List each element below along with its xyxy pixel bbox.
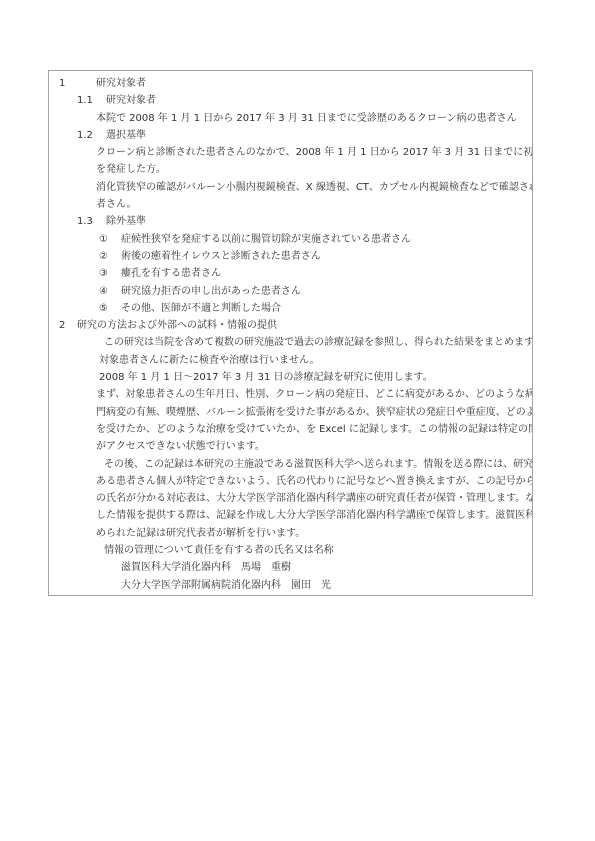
document-line-numbered: ③瘻孔を有する患者さん	[49, 265, 532, 282]
document-line-numbered: ②術後の癒着性イレウスと診断された患者さん	[49, 248, 532, 265]
document-line-numbered: 2研究の方法および外部への試料・情報の提供	[49, 317, 532, 334]
document-line-numbered: ⑤その他、医師が不適と判断した場合	[49, 300, 532, 317]
line-text: 大分大学医学部附属病院消化器内科 園田 光	[121, 577, 331, 594]
page: 1研究対象者1.1研究対象者本院で 2008 年 1 月 1 日から 2017 …	[0, 0, 595, 841]
document-line: を発症した方。	[49, 161, 532, 178]
line-text: 者さん。	[96, 196, 137, 213]
line-number: 2	[59, 317, 65, 334]
line-text: した情報を提供する際は、記録を作成し大分大学医学部消化器内科学講座で保管します。…	[96, 507, 533, 524]
document-line: クローン病と診断された患者さんのなかで、2008 年 1 月 1 日から 201…	[49, 144, 532, 161]
document-line: 者さん。	[49, 196, 532, 213]
line-number: ①	[99, 231, 108, 248]
line-text: 門病変の有無、喫煙歴、バルーン拡張術を受けた事があるか、狭窄症状の発症日や重症度…	[96, 404, 533, 421]
document-line-numbered: 1.3除外基準	[49, 213, 532, 230]
line-number: ④	[99, 283, 108, 300]
line-text: 滋賀医科大学消化器内科 馬場 重樹	[121, 559, 291, 576]
document-line: この研究は当院を含めて複数の研究施設で過去の診療記録を参照し、得られた結果をまと…	[49, 334, 532, 351]
document-line-numbered: ①症候性狭窄を発症する以前に腸管切除が実施されている患者さん	[49, 231, 532, 248]
document-line: を受けたか、どのような治療を受けていたか、を Excel に記録します。この情報…	[49, 421, 532, 438]
document-border-box: 1研究対象者1.1研究対象者本院で 2008 年 1 月 1 日から 2017 …	[48, 70, 533, 596]
line-text: 研究の方法および外部への試料・情報の提供	[77, 317, 277, 334]
document-line-numbered: 1研究対象者	[49, 75, 532, 92]
line-number: 1.1	[77, 92, 93, 109]
document-line: められた記録は研究代表者が解析を行います。	[49, 525, 532, 542]
line-text: まず、対象患者さんの生年月日、性別、クローン病の発症日、どこに病変があるか、どの…	[96, 386, 533, 403]
line-text: その他、医師が不適と判断した場合	[121, 300, 281, 317]
document-line-numbered: 1.1研究対象者	[49, 92, 532, 109]
line-text: がアクセスできない状態で行います。	[96, 438, 265, 455]
line-text: 情報の管理について責任を有する者の氏名又は名称	[104, 542, 334, 559]
line-number: ②	[99, 248, 108, 265]
line-number: 1	[59, 75, 65, 92]
document-line: その後、この記録は本研究の主施設である滋賀医科大学へ送られます。情報を送る際には…	[49, 456, 532, 473]
document-line: の氏名が分かる対応表は、大分大学医学部消化器内科学講座の研究責任者が保管・管理し…	[49, 490, 532, 507]
document-line: 滋賀医科大学消化器内科 馬場 重樹	[49, 559, 532, 576]
line-text: 研究対象者	[106, 92, 156, 109]
document-line: 本院で 2008 年 1 月 1 日から 2017 年 3 月 31 日までに受…	[49, 110, 532, 127]
line-number: ③	[99, 265, 108, 282]
line-text: その後、この記録は本研究の主施設である滋賀医科大学へ送られます。情報を送る際には…	[104, 456, 533, 473]
line-text: 研究協力拒否の申し出があった患者さん	[121, 283, 301, 300]
line-text: 対象患者さんに新たに検査や治療は行いません。	[99, 352, 320, 369]
line-text: 2008 年 1 月 1 日～2017 年 3 月 31 日の診療記録を研究に使…	[99, 369, 433, 386]
line-text: 選択基準	[106, 127, 146, 144]
document-line: がアクセスできない状態で行います。	[49, 438, 532, 455]
document-line: 2008 年 1 月 1 日～2017 年 3 月 31 日の診療記録を研究に使…	[49, 369, 532, 386]
line-text: 消化管狭窄の確認がバルーン小腸内視鏡検査、X 線透視、CT、カプセル内視鏡検査な…	[96, 179, 533, 196]
line-text: 本院で 2008 年 1 月 1 日から 2017 年 3 月 31 日までに受…	[96, 110, 517, 127]
line-text: を発症した方。	[96, 161, 166, 178]
line-text: クローン病と診断された患者さんのなかで、2008 年 1 月 1 日から 201…	[96, 144, 533, 161]
line-text: ある患者さん個人が特定できないよう、氏名の代わりに記号などへ置き換えますが、この…	[96, 473, 533, 490]
line-text: を受けたか、どのような治療を受けていたか、を Excel に記録します。この情報…	[96, 421, 533, 438]
document-line: 大分大学医学部附属病院消化器内科 園田 光	[49, 577, 532, 594]
line-text: 研究対象者	[96, 75, 146, 92]
line-text: 瘻孔を有する患者さん	[121, 265, 221, 282]
document-line: 情報の管理について責任を有する者の氏名又は名称	[49, 542, 532, 559]
document-line: ある患者さん個人が特定できないよう、氏名の代わりに記号などへ置き換えますが、この…	[49, 473, 532, 490]
line-number: ⑤	[99, 300, 108, 317]
line-number: 1.3	[77, 213, 93, 230]
document-line-numbered: 1.2選択基準	[49, 127, 532, 144]
document-line: まず、対象患者さんの生年月日、性別、クローン病の発症日、どこに病変があるか、どの…	[49, 386, 532, 403]
document-line: した情報を提供する際は、記録を作成し大分大学医学部消化器内科学講座で保管します。…	[49, 507, 532, 524]
line-text: 除外基準	[106, 213, 146, 230]
line-text: の氏名が分かる対応表は、大分大学医学部消化器内科学講座の研究責任者が保管・管理し…	[96, 490, 533, 507]
document-line-numbered: ④研究協力拒否の申し出があった患者さん	[49, 283, 532, 300]
line-text: められた記録は研究代表者が解析を行います。	[96, 525, 305, 542]
line-text: この研究は当院を含めて複数の研究施設で過去の診療記録を参照し、得られた結果をまと…	[104, 334, 533, 351]
line-number: 1.2	[77, 127, 93, 144]
line-text: 術後の癒着性イレウスと診断された患者さん	[121, 248, 321, 265]
document-line: 対象患者さんに新たに検査や治療は行いません。	[49, 352, 532, 369]
line-text: 症候性狭窄を発症する以前に腸管切除が実施されている患者さん	[121, 231, 411, 248]
document-line: 消化管狭窄の確認がバルーン小腸内視鏡検査、X 線透視、CT、カプセル内視鏡検査な…	[49, 179, 532, 196]
document-line: 門病変の有無、喫煙歴、バルーン拡張術を受けた事があるか、狭窄症状の発症日や重症度…	[49, 404, 532, 421]
